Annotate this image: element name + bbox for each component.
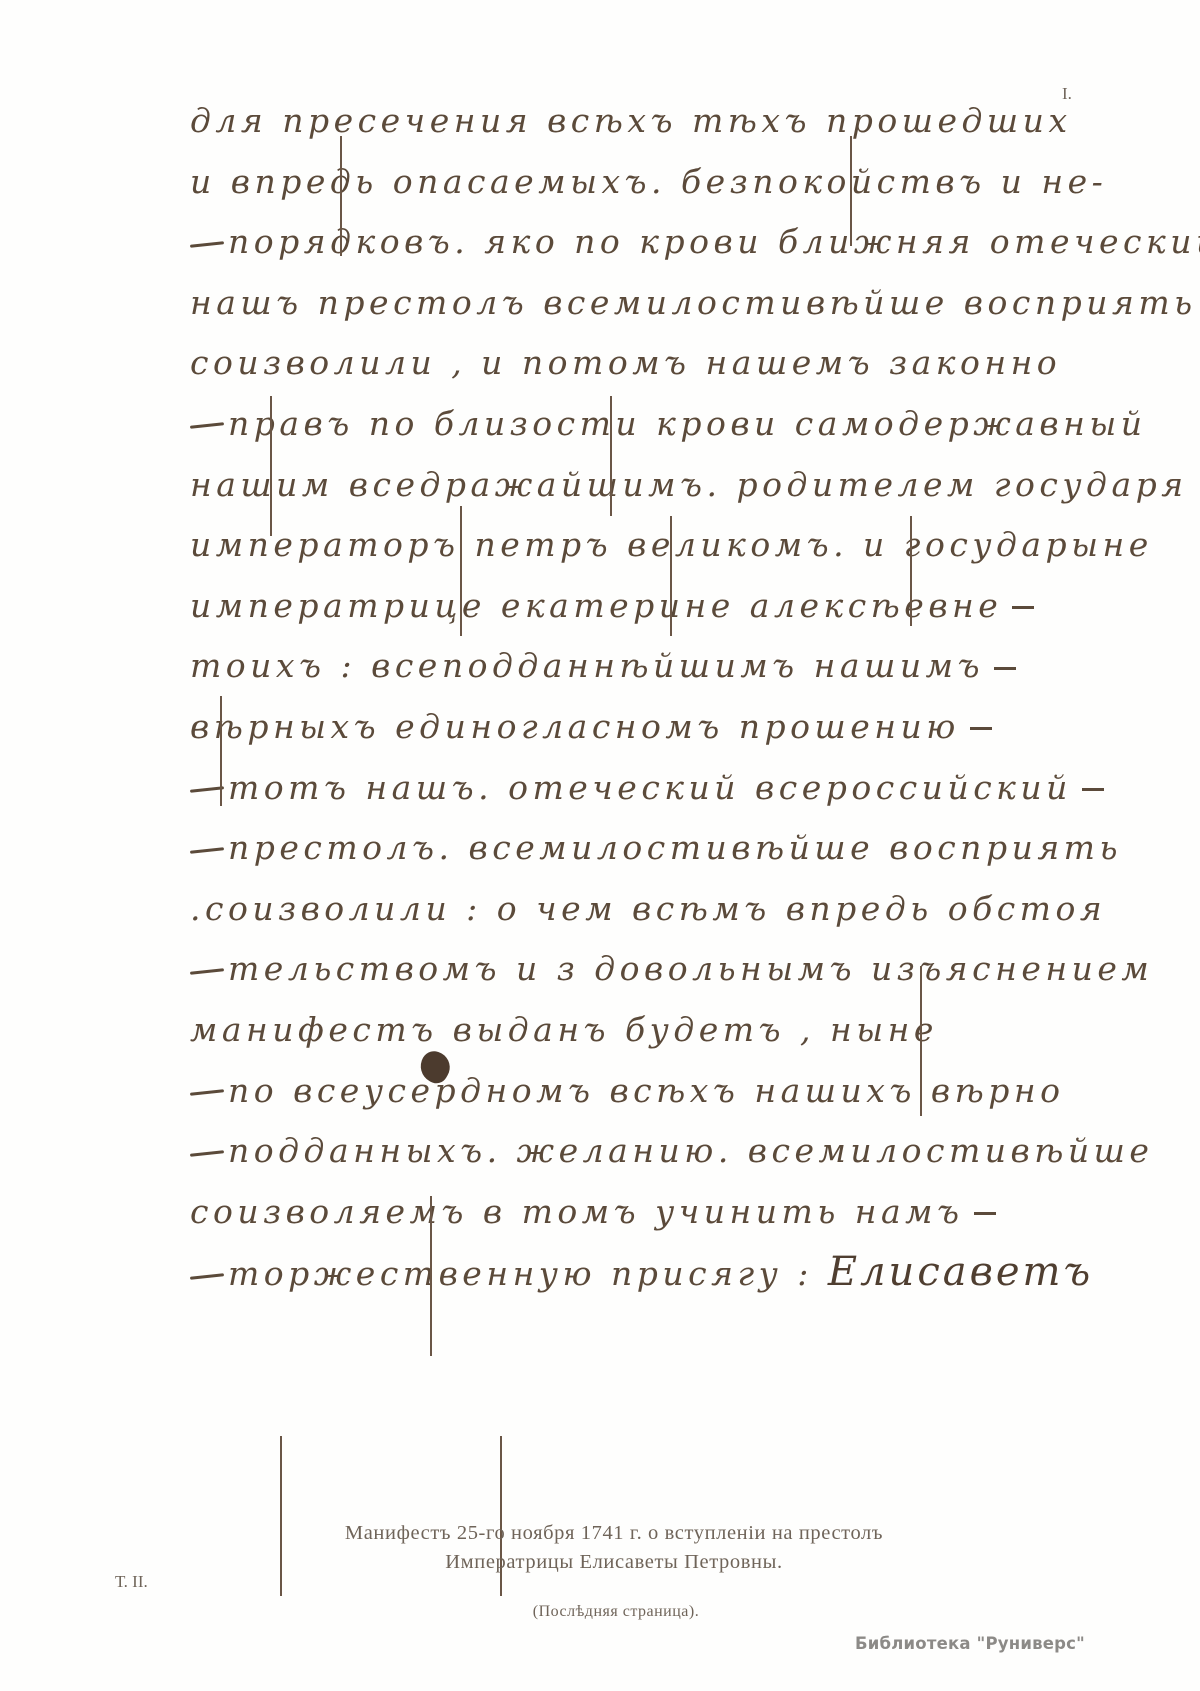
manuscript-line: престолъ. всемилостивѣйше восприять	[190, 823, 1010, 884]
flourish-stroke	[190, 968, 224, 975]
manuscript-line-text: нашим вседражайшимъ. родителем государя	[190, 465, 1188, 504]
line-end-dash	[970, 727, 992, 730]
manuscript-line-text: соизволили , и потомъ нашемъ законно	[190, 343, 1061, 382]
descender-stroke	[270, 396, 272, 536]
descender-stroke	[610, 396, 612, 516]
manuscript-line-text: для пресечения всѣхъ тѣхъ прошедших	[190, 101, 1072, 140]
manuscript-line-text: вѣрныхъ единогласномъ прошению	[190, 707, 960, 746]
manuscript-line-text: по всеусердномъ всѣхъ нашихъ вѣрно	[228, 1071, 1064, 1110]
manuscript-line: императоръ петръ великомъ. и государыне	[190, 520, 1010, 581]
manuscript-line-text: тотъ нашъ. отеческий всероссийский	[228, 768, 1072, 807]
line-end-dash	[1012, 606, 1034, 609]
manuscript-line-text: соизволяемъ в томъ учинить намъ	[190, 1192, 964, 1231]
descender-stroke	[460, 506, 462, 636]
flourish-stroke	[190, 241, 224, 248]
manuscript-line: вѣрныхъ единогласномъ прошению	[190, 702, 1010, 763]
library-watermark: Библиотека "Руниверс"	[855, 1634, 1085, 1653]
descender-stroke	[850, 136, 852, 246]
manuscript-line-text: престолъ. всемилостивѣйше восприять	[228, 828, 1122, 867]
manuscript-line: по всеусердномъ всѣхъ нашихъ вѣрно	[190, 1066, 1010, 1127]
manuscript-line: порядковъ. яко по крови ближняя отечески…	[190, 217, 1010, 278]
flourish-stroke	[190, 786, 224, 793]
flourish-stroke	[190, 1089, 224, 1096]
descender-stroke	[220, 696, 222, 806]
caption-note: (Послѣдняя страница).	[16, 1603, 1200, 1621]
manuscript-line-text: торжественную присягу :	[228, 1254, 813, 1293]
manuscript-line-text: нашъ престолъ всемилостивѣйше восприять	[190, 283, 1197, 322]
flourish-stroke	[190, 1273, 224, 1280]
manuscript-line-text: правъ по близости крови самодержавный	[228, 404, 1147, 443]
document-page: I. для пресечения всѣхъ тѣхъ прошедших и…	[0, 0, 1200, 1691]
descender-stroke	[340, 136, 342, 256]
manuscript-line-text: императрице екатерине алексѣевне	[190, 586, 1002, 625]
line-end-dash	[994, 667, 1016, 670]
manuscript-text: для пресечения всѣхъ тѣхъ прошедших и вп…	[190, 96, 1010, 1308]
manuscript-line: правъ по близости крови самодержавный	[190, 399, 1010, 460]
descender-stroke	[910, 516, 912, 626]
signature: Елисаветъ	[828, 1249, 1093, 1295]
manuscript-line: торжественную присягу : Елисаветъ	[190, 1247, 1010, 1308]
volume-mark: Т. II.	[115, 1572, 148, 1592]
manuscript-line-text: и впредь опасаемыхъ. безпокойствъ и не-	[190, 162, 1107, 201]
manuscript-line: тотъ нашъ. отеческий всероссийский	[190, 763, 1010, 824]
manuscript-line: тельствомъ и з довольнымъ изъяснением	[190, 944, 1010, 1005]
manuscript-line: нашъ престолъ всемилостивѣйше восприять	[190, 278, 1010, 339]
manuscript-line: тоихъ : всеподданнѣйшимъ нашимъ	[190, 641, 1010, 702]
manuscript-line-text: манифестъ выданъ будетъ , ныне	[190, 1010, 938, 1049]
line-end-dash	[1082, 788, 1104, 791]
manuscript-line-text: тельствомъ и з довольнымъ изъяснением	[228, 949, 1153, 988]
flourish-stroke	[190, 423, 224, 430]
descender-stroke	[670, 516, 672, 636]
manuscript-line: подданныхъ. желанию. всемилостивѣйше	[190, 1126, 1010, 1187]
manuscript-line: для пресечения всѣхъ тѣхъ прошедших	[190, 96, 1010, 157]
manuscript-line: соизволили , и потомъ нашемъ законно	[190, 338, 1010, 399]
manuscript-line: соизволяемъ в томъ учинить намъ	[190, 1187, 1010, 1248]
flourish-stroke	[190, 847, 224, 854]
manuscript-line: нашим вседражайшимъ. родителем государя	[190, 460, 1010, 521]
manuscript-line: и впредь опасаемыхъ. безпокойствъ и не-	[190, 157, 1010, 218]
descender-stroke	[920, 966, 922, 1116]
flourish-stroke	[190, 1150, 224, 1157]
manuscript-line: манифестъ выданъ будетъ , ныне	[190, 1005, 1010, 1066]
descender-stroke	[430, 1196, 432, 1356]
manuscript-line: императрице екатерине алексѣевне	[190, 581, 1010, 642]
manuscript-line-text: тоихъ : всеподданнѣйшимъ нашимъ	[190, 646, 984, 685]
line-end-dash	[974, 1212, 996, 1215]
manuscript-line: .соизволили : о чем всѣмъ впредь обстоя	[190, 884, 1010, 945]
manuscript-line-text: подданныхъ. желанию. всемилостивѣйше	[228, 1131, 1153, 1170]
caption-title: Манифестъ 25-го ноября 1741 г. о вступле…	[14, 1522, 1200, 1545]
manuscript-line-text: порядковъ. яко по крови ближняя отечески…	[228, 222, 1200, 261]
caption-subtitle: Императрицы Елисаветы Петровны.	[14, 1551, 1200, 1574]
manuscript-line-text: .соизволили : о чем всѣмъ впредь обстоя	[190, 889, 1106, 928]
